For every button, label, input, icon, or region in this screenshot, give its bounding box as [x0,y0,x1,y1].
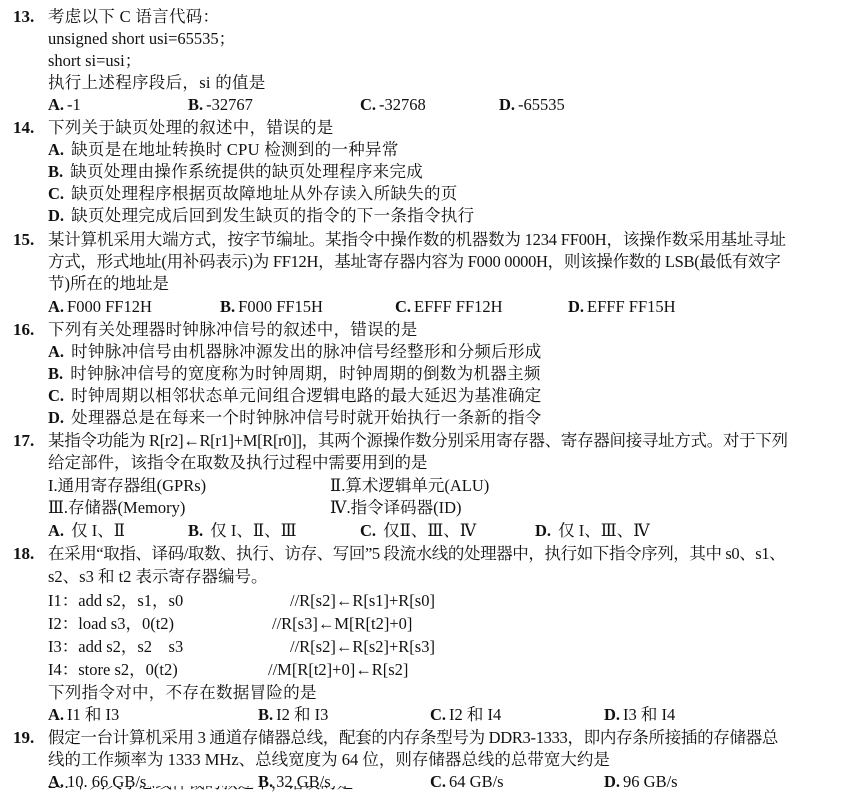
option-d[interactable]: D.I3 和 I4 [604,704,675,726]
question-stem-line: 执行上述程序段后，si 的值是 [48,72,266,94]
cutoff-next-question: 20. 下列关于总线仲裁的叙述中，错误的是 [48,786,353,794]
option-d[interactable]: D. 处理器总是在每来一个时钟脉冲信号时就开始执行一条新的指令 [48,407,542,429]
option-b[interactable]: B.I2 和 I3 [258,704,328,726]
option-d[interactable]: D.EFFF FF15H [568,296,676,318]
question-stem-line: 下列有关处理器时钟脉冲信号的叙述中，错误的是 [48,319,418,341]
option-c[interactable]: C.64 GB/s [430,771,504,793]
question-stem-line: 下列指令对中，不存在数据冒险的是 [48,682,317,704]
option-a[interactable]: A.F000 FF12H [48,296,152,318]
question-stem-line: 给定部件，该指令在取数及执行过程中需要用到的是 [48,452,428,474]
question-number: 13. [13,6,34,28]
code-line: short si=usi； [48,50,141,72]
question-number: 14. [13,117,34,139]
instruction-comment: //R[s2]←R[s1]+R[s0] [290,590,435,612]
instruction: I2：load s3，0(t2) [48,613,174,635]
question-number: 18. [13,543,34,565]
instruction: I3：add s2，s2 s3 [48,636,183,658]
option-a[interactable]: A. 仅 I、Ⅱ [48,520,125,542]
question-stem-line: 某指令功能为 R[r2]←R[r1]+M[R[r0]]，其两个源操作数分别采用寄… [48,430,788,452]
component-item: Ⅳ.指令译码器(ID) [330,497,462,519]
option-a[interactable]: A.-1 [48,94,81,116]
question-stem-line: 节)所在的地址是 [48,273,169,295]
code-line: unsigned short usi=65535； [48,28,235,50]
option-b[interactable]: B. 缺页处理由操作系统提供的缺页处理程序来完成 [48,161,423,183]
option-c[interactable]: C. 仅Ⅱ、Ⅲ、Ⅳ [360,520,476,542]
instruction-comment: //M[R[t2]+0]←R[s2] [268,659,408,681]
question-stem-line: 考虑以下 C 语言代码： [48,6,219,28]
question-stem-line: 某计算机采用大端方式，按字节编址。某指令中操作数的机器数为 1234 FF00H… [48,229,786,251]
instruction: I4：store s2，0(t2) [48,659,178,681]
question-stem-line: 线的工作频率为 1333 MHz、总线宽度为 64 位，则存储器总线的总带宽大约… [48,749,610,771]
question-number: 15. [13,229,34,251]
option-d[interactable]: D.96 GB/s [604,771,678,793]
question-number: 17. [13,430,34,452]
question-stem-line: 方式，形式地址(用补码表示)为 FF12H，基址寄存器内容为 F000 0000… [48,251,780,273]
question-number: 19. [13,727,34,749]
option-b[interactable]: B. 仅 I、Ⅱ、Ⅲ [188,520,297,542]
question-stem-line: 下列关于缺页处理的叙述中，错误的是 [48,117,334,139]
option-c[interactable]: C.-32768 [360,94,426,116]
option-d[interactable]: D. 缺页处理完成后回到发生缺页的指令的下一条指令执行 [48,205,474,227]
option-c[interactable]: C.I2 和 I4 [430,704,501,726]
option-a[interactable]: A.I1 和 I3 [48,704,119,726]
option-b[interactable]: B. 时钟脉冲信号的宽度称为时钟周期，时钟周期的倒数为机器主频 [48,363,541,385]
option-b[interactable]: B.F000 FF15H [220,296,323,318]
component-item: I.通用寄存器组(GPRs) [48,475,206,497]
instruction-comment: //R[s2]←R[s2]+R[s3] [290,636,435,658]
question-stem-line: 假定一台计算机采用 3 通道存储器总线，配套的内存条型号为 DDR3-1333，… [48,727,778,749]
component-item: Ⅲ.存储器(Memory) [48,497,185,519]
option-d[interactable]: D. 仅 I、Ⅲ、Ⅳ [535,520,650,542]
option-b[interactable]: B.-32767 [188,94,253,116]
component-item: Ⅱ.算术逻辑单元(ALU) [330,475,489,497]
option-c[interactable]: C.EFFF FF12H [395,296,503,318]
instruction: I1：add s2，s1，s0 [48,590,183,612]
option-a[interactable]: A. 时钟脉冲信号由机器脉冲源发出的脉冲信号经整形和分频后形成 [48,341,542,363]
option-d[interactable]: D.-65535 [499,94,565,116]
option-a[interactable]: A. 缺页是在地址转换时 CPU 检测到的一种异常 [48,139,399,161]
instruction-comment: //R[s3]←M[R[t2]+0] [272,613,412,635]
question-stem-line: s2、s3 和 t2 表示寄存器编号。 [48,566,268,588]
option-c[interactable]: C. 时钟周期以相邻状态单元间组合逻辑电路的最大延迟为基准确定 [48,385,542,407]
option-c[interactable]: C. 缺页处理程序根据页故障地址从外存读入所缺失的页 [48,183,458,205]
question-stem-line: 在采用“取指、译码/取数、执行、访存、写回”5 段流水线的处理器中，执行如下指令… [48,543,785,565]
question-number: 16. [13,319,34,341]
